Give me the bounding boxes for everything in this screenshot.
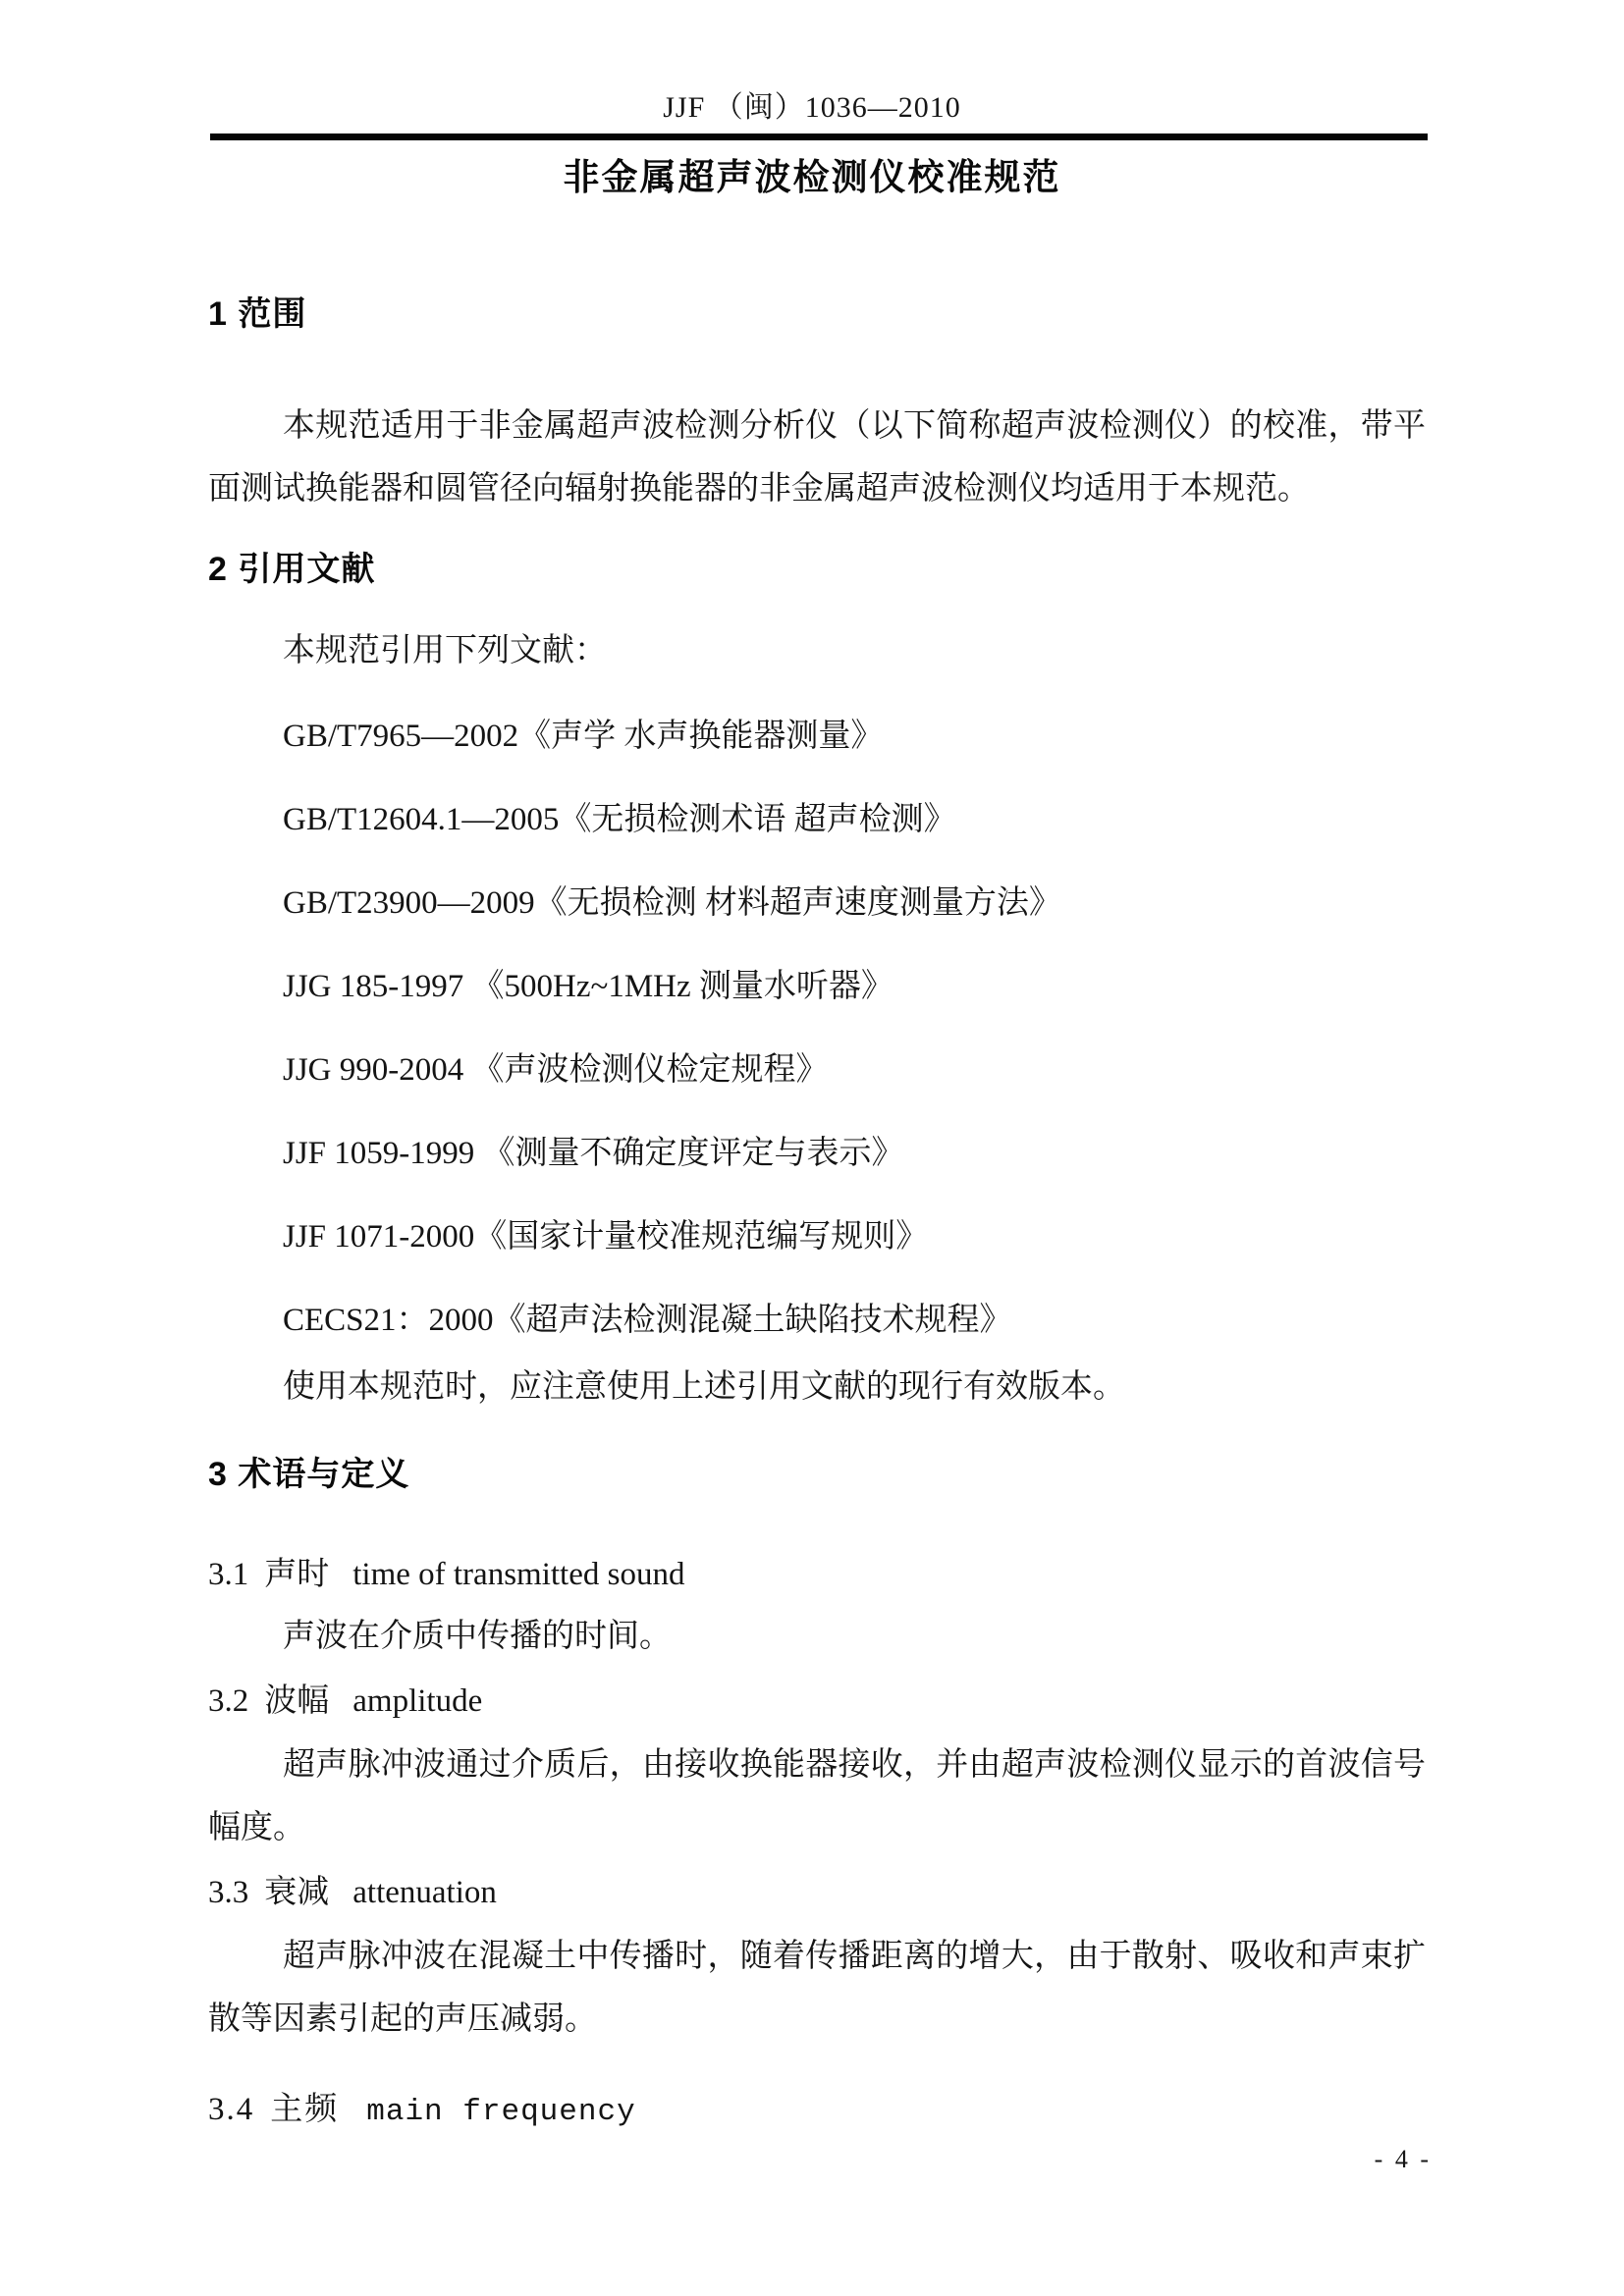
scope-paragraph: 本规范适用于非金属超声波检测分析仪（以下简称超声波检测仪）的校准，带平面测试换能…	[208, 395, 1426, 520]
term-name-cn: 波幅	[264, 1683, 329, 1719]
term-heading-sound-time: 3.1声时time of transmitted sound	[208, 1554, 1426, 1595]
term-name-en: amplitude	[352, 1683, 482, 1719]
reference-item: GB/T23900—2009《无损检测 材料超声速度测量方法》	[208, 883, 1500, 923]
reference-item: GB/T12604.1—2005《无损检测术语 超声检测》	[208, 800, 1500, 839]
term-heading-attenuation: 3.3衰减attenuation	[208, 1872, 1426, 1913]
term-name-en: attenuation	[352, 1875, 497, 1910]
header-rule	[210, 133, 1428, 140]
term-definition: 超声脉冲波通过介质后，由接收换能器接收，并由超声波检测仪显示的首波信号幅度。	[208, 1734, 1426, 1859]
reference-item: JJG 185-1997 《500Hz~1MHz 测量水听器》	[208, 967, 1500, 1006]
references-intro: 本规范引用下列文献：	[208, 631, 1500, 670]
term-definition: 声波在介质中传播的时间。	[208, 1617, 1500, 1656]
term-heading-main-frequency: 3.4主频main frequency	[208, 2089, 1426, 2133]
term-name-cn: 声时	[264, 1557, 329, 1592]
term-name-cn: 衰减	[264, 1875, 329, 1910]
term-definition: 超声脉冲波在混凝土中传播时，随着传播距离的增大，由于散射、吸收和声束扩散等因素引…	[208, 1925, 1426, 2051]
page-number: - 4 -	[1375, 2144, 1432, 2175]
reference-item: CECS21：2000《超声法检测混凝土缺陷技术规程》	[208, 1301, 1500, 1340]
section-heading-scope: 1 范围	[208, 294, 1426, 335]
reference-item: GB/T7965—2002《声学 水声换能器测量》	[208, 717, 1500, 756]
term-heading-amplitude: 3.2波幅amplitude	[208, 1681, 1426, 1722]
document-code-header: JJF （闽）1036—2010	[0, 88, 1624, 128]
document-page: JJF （闽）1036—2010 非金属超声波检测仪校准规范 1 范围 本规范适…	[0, 0, 1624, 2296]
term-number: 3.3	[208, 1875, 248, 1910]
section-heading-terms: 3 术语与定义	[208, 1454, 1426, 1495]
references-note: 使用本规范时，应注意使用上述引用文献的现行有效版本。	[208, 1367, 1500, 1407]
term-name-en: main frequency	[366, 2095, 635, 2129]
term-name-cn: 主频	[270, 2092, 339, 2127]
reference-item: JJF 1059-1999 《测量不确定度评定与表示》	[208, 1134, 1500, 1173]
reference-item: JJG 990-2004 《声波检测仪检定规程》	[208, 1050, 1500, 1090]
term-name-en: time of transmitted sound	[352, 1557, 684, 1592]
term-number: 3.4	[208, 2092, 254, 2127]
page-title: 非金属超声波检测仪校准规范	[0, 155, 1624, 200]
section-heading-references: 2 引用文献	[208, 549, 1426, 590]
reference-item: JJF 1071-2000《国家计量校准规范编写规则》	[208, 1217, 1500, 1256]
term-number: 3.2	[208, 1683, 248, 1719]
term-number: 3.1	[208, 1557, 248, 1592]
